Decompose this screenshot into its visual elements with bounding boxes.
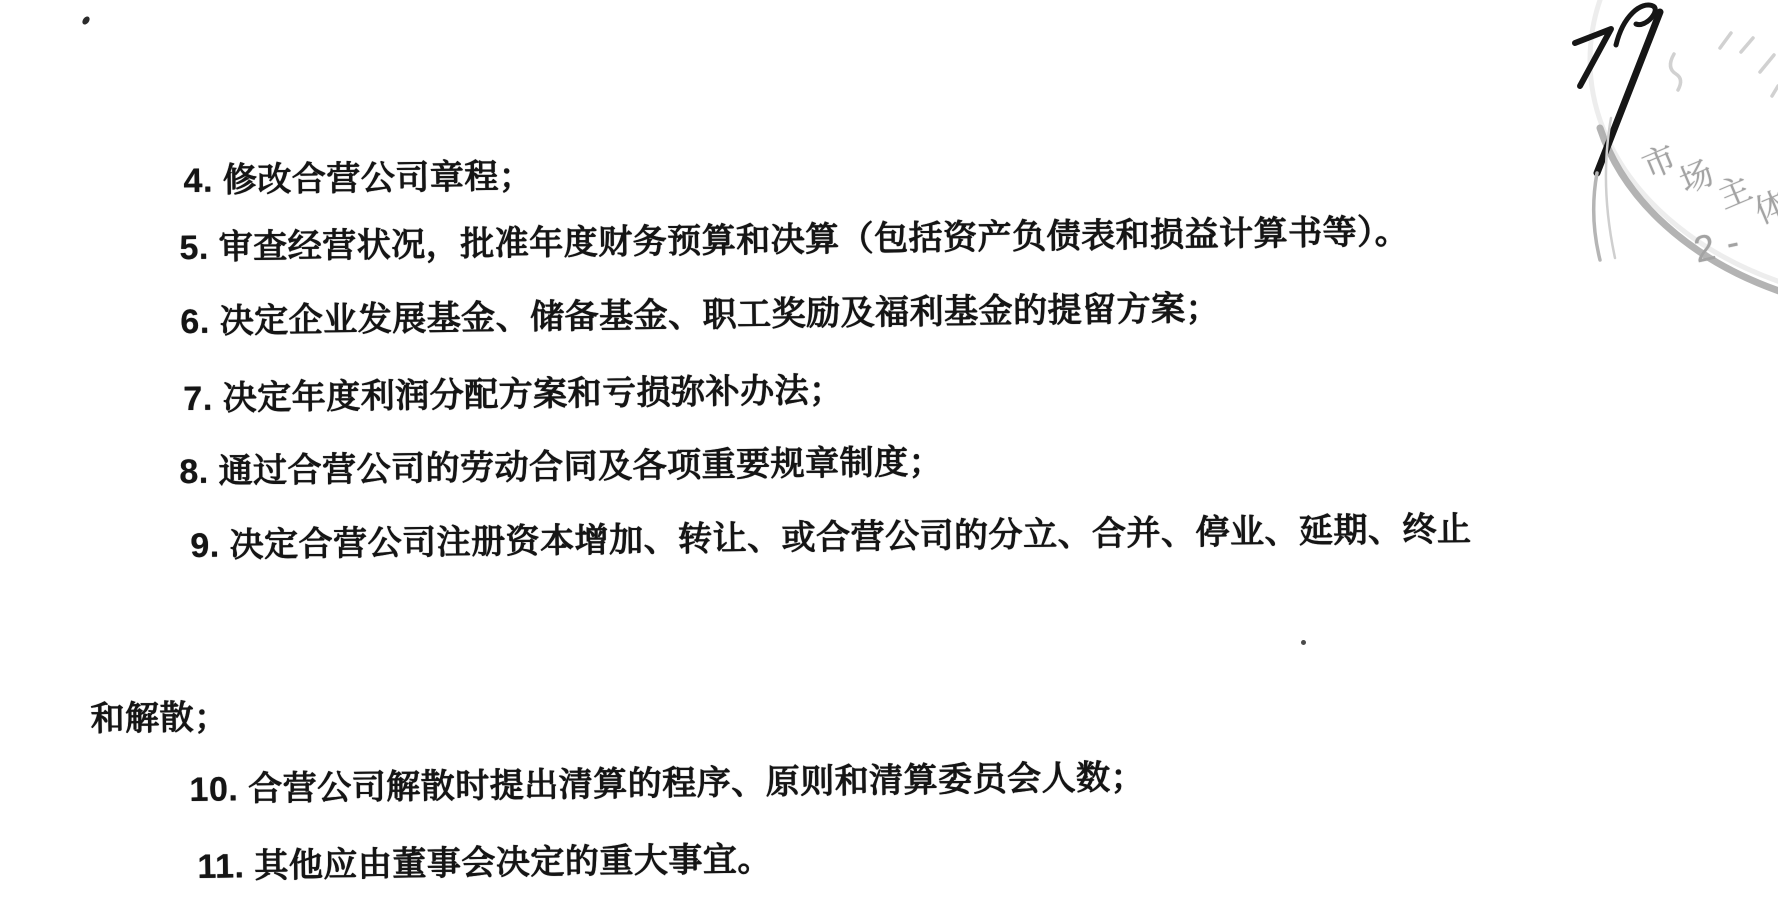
doc-line-item-9: 9. 决定合营公司注册资本增加、转让、或合营公司的分立、合并、停业、延期、终止: [190, 507, 1472, 568]
doc-line-item-5: 5. 审查经营状况，批准年度财务预算和决算（包括资产负债表和损益计算书等）。: [179, 210, 1409, 270]
document-page: 4. 修改合营公司章程； 5. 审查经营状况，批准年度财务预算和决算（包括资产负…: [0, 0, 1778, 906]
ink-dot-right-margin: [1301, 640, 1306, 645]
doc-line-item-6: 6. 决定企业发展基金、储备基金、职工奖励及福利基金的提留方案；: [180, 287, 1220, 345]
doc-line-item-8: 8. 通过合营公司的劳动合同及各项重要规章制度；: [179, 440, 943, 494]
doc-line-item-4: 4. 修改合营公司章程；: [183, 154, 533, 203]
doc-line-item-10: 10. 合营公司解散时提出清算的程序、原则和清算委员会人数；: [189, 756, 1145, 813]
handwritten-mark-icon: [1575, 5, 1660, 260]
doc-line-item-11: 11. 其他应由董事会决定的重大事宜。: [197, 837, 772, 889]
doc-line-item-7: 7. 决定年度利润分配方案和亏损弥补办法；: [183, 368, 844, 421]
stamp-faded-glyphs-icon: [1670, 33, 1778, 96]
doc-line-item-9-continuation: 和解散；: [90, 696, 229, 742]
